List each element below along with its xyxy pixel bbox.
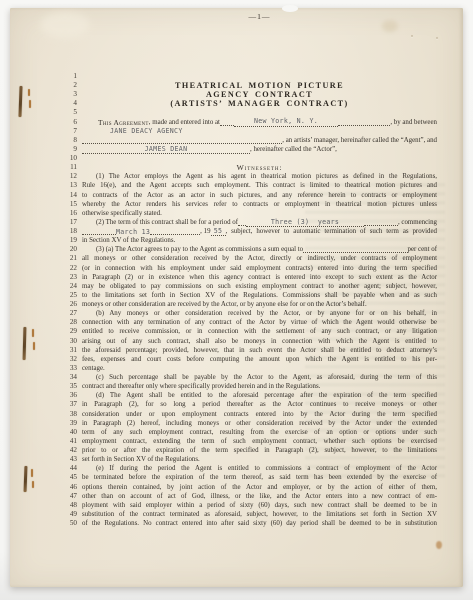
line-text: in Paragraph (2) hereof, including money…: [82, 419, 437, 428]
line-text: options therein contained, by joint acti…: [82, 483, 437, 492]
typed-entry: New York, N. Y.: [254, 117, 318, 126]
line-text-segment: This Agreement: [98, 118, 149, 127]
document-line: 24may be obligated to pay commissions on…: [10, 282, 463, 291]
line-text-segment: , commencing: [398, 218, 437, 227]
document-line: 47other than on account of act of God, i…: [10, 492, 463, 501]
line-number: 24: [63, 282, 77, 291]
document-line: 42prior to or after the expiration of th…: [10, 446, 463, 455]
dotted-rule: [220, 125, 234, 126]
line-text: the aforesaid percentage; provided, howe…: [82, 346, 437, 355]
document-line: 22(or in connection with his employment …: [10, 264, 463, 273]
document-line: 13Rule 16(e), and the Agent accepts such…: [10, 182, 463, 191]
line-text: Rule 16(e), and the Agent accepts such e…: [82, 181, 437, 190]
document-line: 19in Section XV of the Regulations.: [10, 236, 463, 245]
line-number: 28: [63, 318, 77, 327]
line-text: prior to or after the expiration of the …: [82, 446, 437, 455]
line-text: This Agreement, made and entered into at…: [82, 117, 437, 127]
line-number: 41: [63, 437, 77, 446]
document-line: 43set forth in Section XV of the Regulat…: [10, 455, 463, 464]
document-body: 12THEATRICAL MOTION PICTURE3AGENCY CONTR…: [10, 72, 463, 528]
document-line: 29entitled to receive commission, or in …: [10, 328, 463, 337]
line-text-segment: , an artists’ manager, hereinafter calle…: [282, 136, 437, 145]
line-text: (ARTISTS’ MANAGER CONTRACT): [82, 99, 437, 108]
line-number: 37: [63, 400, 77, 409]
line-number: 19: [63, 236, 77, 245]
line-number: 10: [63, 154, 77, 163]
line-text: in Paragraph (2) or in existence when th…: [82, 273, 437, 282]
line-text: March 13, 1955, subject, however to auto…: [82, 227, 437, 237]
document-line: 31the aforesaid percentage; provided, ho…: [10, 346, 463, 355]
line-text: fees, expenses and court costs before co…: [82, 355, 437, 364]
line-text-segment: , subject, however to automatic terminat…: [226, 227, 437, 236]
line-number: 2: [63, 81, 77, 90]
line-text: (d) The Agent shall be entitled to the a…: [82, 391, 437, 400]
document-line: 2THEATRICAL MOTION PICTURE: [10, 81, 463, 90]
line-number: 31: [63, 346, 77, 355]
line-number: 23: [63, 273, 77, 282]
document-line: 18March 13, 1955, subject, however to au…: [10, 227, 463, 236]
document-line: 45be terminated before the expiration of…: [10, 474, 463, 483]
line-text: , an artists’ manager, hereinafter calle…: [82, 136, 437, 145]
line-text: ployment with said employer within a per…: [82, 501, 437, 510]
document-line: 17(2) The term of this contract shall be…: [10, 218, 463, 227]
line-text: Witnesseth:: [82, 163, 437, 172]
dotted-rule: [150, 234, 200, 235]
line-number: 21: [63, 254, 77, 263]
line-number: 15: [63, 200, 77, 209]
line-number: 25: [63, 291, 77, 300]
line-number: 39: [63, 419, 77, 428]
document-line: 36(d) The Agent shall be entitled to the…: [10, 391, 463, 400]
line-number: 36: [63, 391, 77, 400]
line-text: set forth in Section XV of the Regulatio…: [82, 455, 437, 464]
line-number: 33: [63, 364, 77, 373]
fill-in-blank: New York, N. Y.: [234, 117, 338, 127]
line-text: to the limitations set forth in Section …: [82, 291, 437, 300]
line-text: arising out of any such contract, shall …: [82, 337, 437, 346]
line-text-segment: per cent of: [408, 245, 437, 254]
line-text: of the Regulations. No contract entered …: [82, 519, 437, 528]
document-line: 30arising out of any such contract, shal…: [10, 337, 463, 346]
document-line: 10: [10, 154, 463, 163]
line-number: 38: [63, 410, 77, 419]
line-text-segment: , 19: [200, 227, 210, 236]
line-text: JAMES DEAN, hereinafter called the “Acto…: [82, 145, 437, 155]
document-line: 41employment contract, extending the ter…: [10, 437, 463, 446]
line-number: 29: [63, 327, 77, 336]
line-number: 20: [63, 245, 77, 254]
line-text: THEATRICAL MOTION PICTURE: [82, 81, 437, 90]
line-text: in Section XV of the Regulations.: [82, 236, 437, 245]
document-line: 1: [10, 72, 463, 81]
document-line: 12(1) The Actor employs the Agent as his…: [10, 172, 463, 181]
line-number: 1: [63, 72, 77, 81]
line-number: 27: [63, 309, 77, 318]
line-text-segment: , by and between: [390, 118, 437, 127]
line-text-segment: (3) (a) The Actor agrees to pay to the A…: [96, 245, 303, 254]
line-number: 35: [63, 382, 77, 391]
document-line: 16otherwise specifically stated.: [10, 209, 463, 218]
document-line: 25to the limitations set forth in Sectio…: [10, 291, 463, 300]
dotted-rule: [338, 125, 390, 126]
line-number: 42: [63, 446, 77, 455]
typed-entry: JANE DEACY AGENCY: [110, 127, 183, 136]
line-number: 12: [63, 172, 77, 181]
line-text: (b) Any moneys or other consideration re…: [82, 309, 437, 318]
line-text: may be obligated to pay commissions on s…: [82, 282, 437, 291]
document-line: 48ployment with said employer within a p…: [10, 501, 463, 510]
typed-entry: Three (3) years: [271, 218, 339, 227]
line-number: 22: [63, 264, 77, 273]
line-text: (or in connection with his employment un…: [82, 264, 437, 273]
line-text: centage.: [82, 364, 437, 373]
torn-notch: [282, 5, 298, 12]
document-line: 21all moneys or other consideration rece…: [10, 255, 463, 264]
document-line: 7JANE DEACY AGENCY: [10, 127, 463, 136]
line-text: other than on account of act of God, ill…: [82, 492, 437, 501]
document-line: 3AGENCY CONTRACT: [10, 90, 463, 99]
line-text: otherwise specifically stated.: [82, 209, 437, 218]
document-line: 27(b) Any moneys or other consideration …: [10, 309, 463, 318]
line-text: employment contract, extending the term …: [82, 437, 437, 446]
pinhole: [411, 35, 413, 37]
document-line: 49substitution of the contract terminate…: [10, 510, 463, 519]
document-line: 15whereby the Actor renders his services…: [10, 200, 463, 209]
line-text: (e) If during the period the Agent is en…: [82, 464, 437, 473]
document-line: 11Witnesseth:: [10, 163, 463, 172]
document-line: 44(e) If during the period the Agent is …: [10, 464, 463, 473]
pinhole: [436, 37, 438, 39]
line-text: to contracts of the Actor as an actor in…: [82, 191, 437, 200]
line-text: be terminated before the expiration of t…: [82, 473, 437, 482]
line-text: substitution of the contract terminated …: [82, 510, 437, 519]
line-text-segment: , hereinafter called the “Actor”,: [250, 145, 337, 154]
fill-in-blank: 55: [211, 227, 226, 237]
document-line: 26moneys or other consideration are rece…: [10, 300, 463, 309]
line-number: 6: [63, 118, 77, 127]
line-number: 4: [63, 99, 77, 108]
document-line: 4(ARTISTS’ MANAGER CONTRACT): [10, 99, 463, 108]
document-line: 32fees, expenses and court costs before …: [10, 355, 463, 364]
typed-entry: 55: [214, 227, 223, 236]
document-line: 20(3) (a) The Actor agrees to pay to the…: [10, 245, 463, 254]
line-text: (2) The term of this contract shall be f…: [82, 218, 437, 228]
document-line: 28connection with any termination of any…: [10, 318, 463, 327]
stain: [40, 12, 90, 38]
line-text: whereby the Actor renders his services r…: [82, 200, 437, 209]
line-text: entitled to receive commission, or in co…: [82, 327, 437, 336]
line-number: 46: [63, 483, 77, 492]
document-line: 34(c) Such percentage shall be payable b…: [10, 373, 463, 382]
document-line: 33centage.: [10, 364, 463, 373]
document-line: 38consideration under or upon employment…: [10, 410, 463, 419]
line-text: (3) (a) The Actor agrees to pay to the A…: [82, 245, 437, 254]
line-number: 47: [63, 492, 77, 501]
line-text: AGENCY CONTRACT: [82, 90, 437, 99]
line-number: 26: [63, 300, 77, 309]
line-text: all moneys or other consideration receiv…: [82, 254, 437, 263]
document-line: 6This Agreement, made and entered into a…: [10, 118, 463, 127]
line-number: 16: [63, 209, 77, 218]
line-number: 43: [63, 455, 77, 464]
document-line: 9JAMES DEAN, hereinafter called the “Act…: [10, 145, 463, 154]
line-text: term of any such employment contract, re…: [82, 428, 437, 437]
line-text: consideration under or upon employment c…: [82, 410, 437, 419]
line-number: 11: [63, 163, 77, 172]
line-number: 34: [63, 373, 77, 382]
line-number: 14: [63, 191, 77, 200]
line-number: 3: [63, 90, 77, 99]
paper-sheet: 12THEATRICAL MOTION PICTURE3AGENCY CONTR…: [10, 8, 463, 587]
line-number: 13: [63, 181, 77, 190]
line-text: in Paragraph (2), for so long a period t…: [82, 400, 437, 409]
fill-in-blank: JAMES DEAN: [82, 145, 250, 155]
document-line: 50of the Regulations. No contract entere…: [10, 519, 463, 528]
fill-in-blank: Three (3) years: [246, 218, 364, 228]
line-number: 49: [63, 510, 77, 519]
line-number: 44: [63, 464, 77, 473]
line-number: 17: [63, 218, 77, 227]
stain: [382, 20, 398, 32]
line-number: 9: [63, 145, 77, 154]
document-line: 46options therein contained, by joint ac…: [10, 483, 463, 492]
document-line: 8, an artists’ manager, hereinafter call…: [10, 136, 463, 145]
line-text: contract and thereafter only where speci…: [82, 382, 437, 391]
dotted-rule: [82, 234, 116, 235]
line-text-segment: (2) The term of this contract shall be f…: [96, 218, 238, 227]
line-number: 45: [63, 473, 77, 482]
document-line: 14to contracts of the Actor as an actor …: [10, 191, 463, 200]
document-line: 40term of any such employment contract, …: [10, 428, 463, 437]
line-number: 50: [63, 519, 77, 528]
line-number: 40: [63, 428, 77, 437]
document-line: 39in Paragraph (2) hereof, including mon…: [10, 419, 463, 428]
line-number: 32: [63, 355, 77, 364]
line-text: connection with any termination of any c…: [82, 318, 437, 327]
typed-entry: JAMES DEAN: [145, 145, 188, 154]
document-line: 23in Paragraph (2) or in existence when …: [10, 273, 463, 282]
line-number: 8: [63, 136, 77, 145]
line-number: 48: [63, 501, 77, 510]
line-text: JANE DEACY AGENCY: [82, 127, 437, 136]
document-line: 5: [10, 109, 463, 118]
typed-entry: March 13: [116, 228, 150, 237]
document-line: 37in Paragraph (2), for so long a period…: [10, 401, 463, 410]
line-text: (1) The Actor employs the Agent as his a…: [82, 172, 437, 181]
line-text: moneys or other consideration are receiv…: [82, 300, 437, 309]
line-number: 5: [63, 108, 77, 117]
line-number: 7: [63, 127, 77, 136]
line-text: (c) Such percentage shall be payable by …: [82, 373, 437, 382]
line-number: 30: [63, 337, 77, 346]
dotted-rule: [303, 252, 407, 253]
line-text-segment: , made and entered into at: [149, 118, 220, 127]
line-number: 18: [63, 227, 77, 236]
scanned-contract-page: { "doc": { "page_number": "—1—", "colors…: [0, 0, 473, 600]
rust-stain: [436, 541, 442, 549]
document-line: 35contract and thereafter only where spe…: [10, 382, 463, 391]
